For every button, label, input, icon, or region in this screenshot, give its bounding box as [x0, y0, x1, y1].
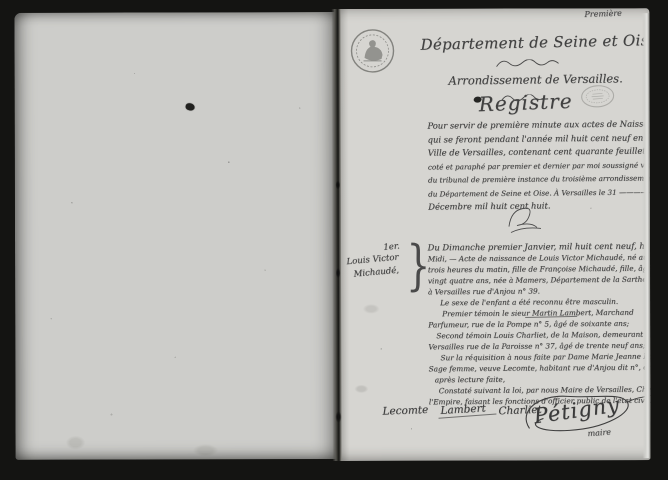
margin-name-line2: Michaudé,: [353, 266, 399, 280]
margin-name-line1: Louis Victor: [346, 253, 399, 268]
round-seal-stamp-icon: [349, 28, 395, 74]
preamble-line: Pour servir de première minute aux actes…: [427, 117, 650, 133]
act-number: 1er.: [383, 241, 400, 252]
register-title: Registre: [470, 88, 581, 116]
blank-left-page: [14, 12, 336, 460]
ink-blot: [185, 103, 195, 112]
mayor-title: maire: [587, 427, 611, 438]
oval-stamp-icon: [579, 83, 617, 110]
birth-act-paragraph: Du Dimanche premier Janvier, mil huit ce…: [428, 241, 651, 408]
signature-lecomte: Lecomte: [382, 404, 428, 418]
preamble-line: Ville de Versailles, contenant cent quar…: [428, 144, 651, 160]
act-line: vingt quatre ans, née à Mamers, Départem…: [428, 274, 651, 287]
flourish-underline-icon: [494, 59, 562, 71]
preamble-paragraph: Pour servir de première minute aux actes…: [427, 117, 650, 214]
department-heading: Département de Seine et Oise.: [420, 31, 650, 54]
register-spread: Première Département de Seine et Oise. A…: [14, 8, 650, 462]
page-marker-premiere: Première: [584, 9, 622, 19]
clerk-paraph-signature-icon: [501, 202, 549, 238]
preamble-line: du Département de Seine et Oise. À Versa…: [428, 185, 651, 201]
archive-scan-viewport: Première Département de Seine et Oise. A…: [0, 0, 668, 480]
act-line: Sage femme, veuve Lecomte, habitant rue …: [429, 362, 651, 375]
register-right-page: Première Département de Seine et Oise. A…: [340, 8, 650, 461]
preamble-line: du tribunal de première instance du troi…: [428, 171, 651, 187]
